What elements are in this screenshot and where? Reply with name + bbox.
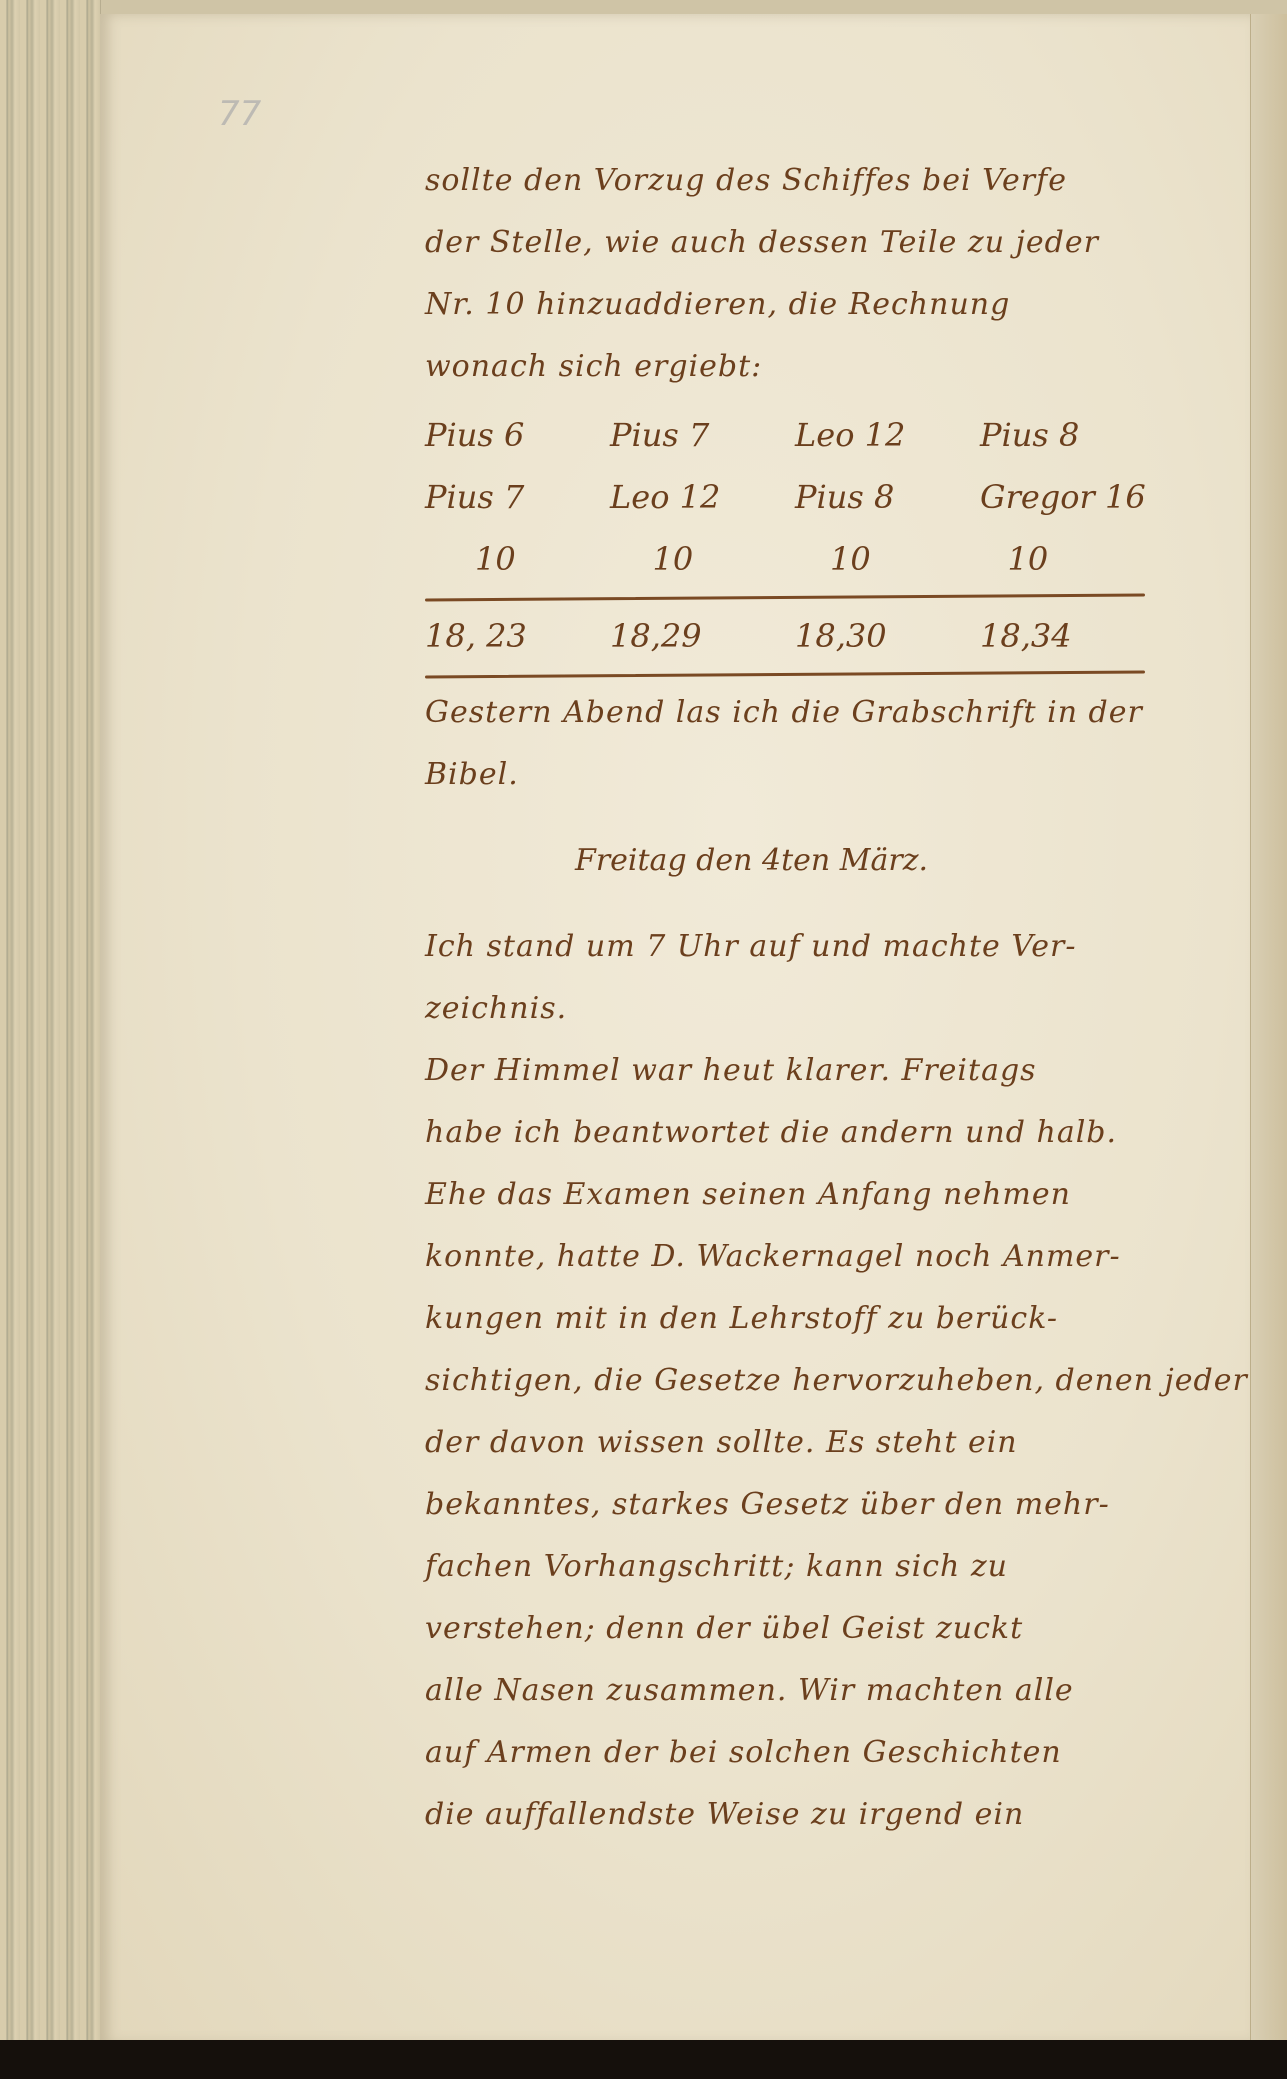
entry-date-heading: Freitag den 4ten März. <box>425 806 1185 916</box>
text-line: fachen Vorhangschritt; kann sich zu <box>425 1536 1185 1598</box>
text-line: Der Himmel war heut klarer. Freitags <box>425 1040 1185 1102</box>
table-cell: 10 <box>653 528 831 590</box>
sum-rule <box>425 593 1145 601</box>
table-cell: 10 <box>830 528 1008 590</box>
scan-bottom-shadow <box>0 2040 1287 2079</box>
text-line: die auffallendste Weise zu irgend ein <box>425 1784 1185 1846</box>
table-cell: Pius 8 <box>980 404 1165 466</box>
text-line: Gestern Abend las ich die Grabschrift in… <box>425 682 1185 744</box>
table-cell: Pius 6 <box>425 404 610 466</box>
text-line: Nr. 10 hinzuaddieren, die Rechnung <box>425 274 1185 336</box>
page-stack-edge <box>0 0 101 2060</box>
table-cell: Pius 8 <box>795 466 980 528</box>
table-cell: 18, 23 <box>425 605 610 667</box>
table-cell: 10 <box>475 528 653 590</box>
text-line: Bibel. <box>425 744 1185 806</box>
text-line: konnte, hatte D. Wackernagel noch Anmer- <box>425 1226 1185 1288</box>
table-cell: Leo 12 <box>795 404 980 466</box>
table-cell: 18,34 <box>980 605 1165 667</box>
table-cell: Leo 12 <box>610 466 795 528</box>
text-line: sollte den Vorzug des Schiffes bei Verfe <box>425 150 1185 212</box>
text-line: wonach sich ergiebt: <box>425 336 1185 398</box>
text-line: auf Armen der bei solchen Geschichten <box>425 1722 1185 1784</box>
table-cell: Pius 7 <box>425 466 610 528</box>
text-line: Ich stand um 7 Uhr auf und machte Ver- <box>425 916 1185 978</box>
text-line: kungen mit in den Lehrstoff zu berück- <box>425 1288 1185 1350</box>
table-cell: 10 <box>1008 528 1186 590</box>
folio-mark: 77 <box>218 94 261 134</box>
text-line: der Stelle, wie auch dessen Teile zu jed… <box>425 212 1185 274</box>
table-cell: Gregor 16 <box>980 466 1165 528</box>
text-line: habe ich beantwortet die andern und halb… <box>425 1102 1185 1164</box>
table-row: Pius 6 Pius 7 Leo 12 Pius 8 <box>425 404 1185 466</box>
text-line: bekanntes, starkes Gesetz über den mehr- <box>425 1474 1185 1536</box>
text-line: verstehen; denn der übel Geist zuckt <box>425 1598 1185 1660</box>
table-row: 10 10 10 10 <box>425 528 1185 590</box>
sum-rule <box>425 670 1145 678</box>
calculation-table: Pius 6 Pius 7 Leo 12 Pius 8 Pius 7 Leo 1… <box>425 404 1185 676</box>
text-line: alle Nasen zusammen. Wir machten alle <box>425 1660 1185 1722</box>
table-total-row: 18, 23 18,29 18,30 18,34 <box>425 605 1185 667</box>
right-page-edge <box>1250 14 1287 2044</box>
table-cell: 18,29 <box>610 605 795 667</box>
text-line: sichtigen, die Gesetze hervorzuheben, de… <box>425 1350 1185 1412</box>
table-cell: 18,30 <box>795 605 980 667</box>
text-line: Ehe das Examen seinen Anfang nehmen <box>425 1164 1185 1226</box>
handwritten-text: sollte den Vorzug des Schiffes bei Verfe… <box>425 150 1185 1846</box>
table-cell: Pius 7 <box>610 404 795 466</box>
table-row: Pius 7 Leo 12 Pius 8 Gregor 16 <box>425 466 1185 528</box>
text-line: zeichnis. <box>425 978 1185 1040</box>
text-line: der davon wissen sollte. Es steht ein <box>425 1412 1185 1474</box>
